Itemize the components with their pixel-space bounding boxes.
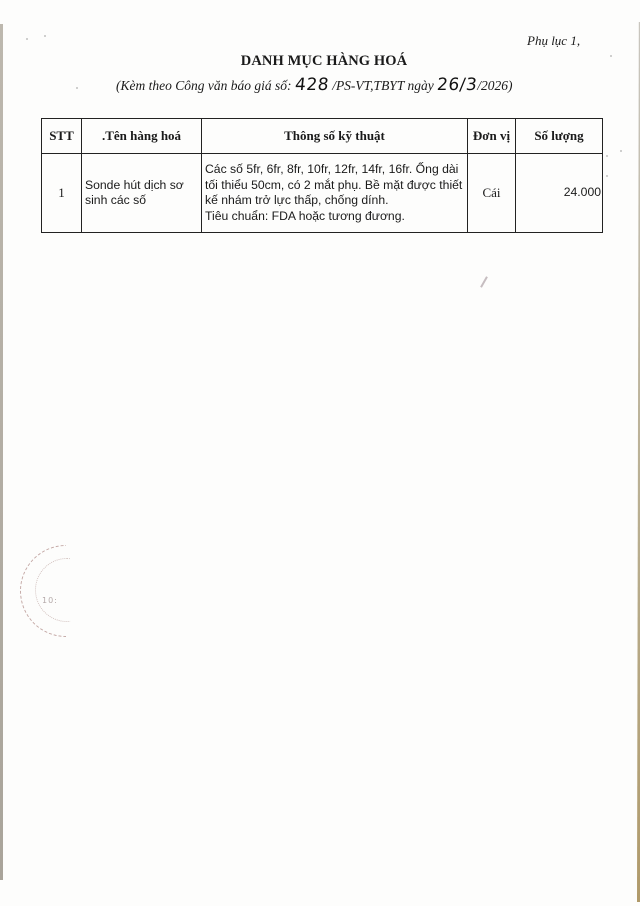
header-stt: STT [42, 119, 82, 154]
goods-table: STT .Tên hàng hoá Thông số kỹ thuật Đơn … [41, 118, 603, 233]
handwritten-date: 26/3 [436, 77, 478, 94]
handwritten-document-number: 428 [294, 77, 330, 94]
scan-speck [606, 175, 608, 177]
document-subtitle: (Kèm theo Công văn báo giá số: 428 /PS-V… [116, 77, 513, 94]
header-quantity: Số lượng [516, 119, 603, 154]
cell-technical-spec: Các số 5fr, 6fr, 8fr, 10fr, 12fr, 14fr, … [202, 154, 468, 233]
scan-speck [606, 155, 608, 157]
document-page: Phụ lục 1, DANH MỤC HÀNG HOÁ (Kèm theo C… [0, 0, 640, 906]
cell-stt: 1 [42, 154, 82, 233]
subtitle-suffix: /2026) [477, 78, 512, 93]
scan-speck [610, 55, 612, 57]
scan-speck [44, 35, 46, 37]
scan-speck [76, 87, 78, 89]
scan-speck [26, 38, 28, 40]
cell-unit: Cái [468, 154, 516, 233]
header-goods-name: .Tên hàng hoá [82, 119, 202, 154]
cell-goods-name: Sonde hút dịch sơ sinh các số [82, 154, 202, 233]
faded-stamp-inner-ring [35, 558, 99, 622]
appendix-label: Phụ lục 1, [527, 33, 580, 49]
table-row: 1 Sonde hút dịch sơ sinh các số Các số 5… [42, 154, 603, 233]
scan-speck [620, 150, 622, 152]
subtitle-middle: /PS-VT,TBYT ngày [332, 78, 434, 93]
spec-line: Tiêu chuẩn: FDA hoặc tương đương. [205, 209, 464, 225]
spec-line: Các số 5fr, 6fr, 8fr, 10fr, 12fr, 14fr, … [205, 162, 464, 209]
scan-mark [480, 276, 488, 287]
cell-quantity: 24.000 [516, 154, 603, 233]
header-technical-spec: Thông số kỹ thuật [202, 119, 468, 154]
document-title: DANH MỤC HÀNG HOÁ [0, 53, 640, 70]
subtitle-prefix: (Kèm theo Công văn báo giá số: [116, 78, 291, 93]
header-unit: Đơn vị [468, 119, 516, 154]
faded-stamp-text: 10: [42, 596, 58, 605]
scan-edge-left [0, 24, 3, 880]
table-header-row: STT .Tên hàng hoá Thông số kỹ thuật Đơn … [42, 119, 603, 154]
